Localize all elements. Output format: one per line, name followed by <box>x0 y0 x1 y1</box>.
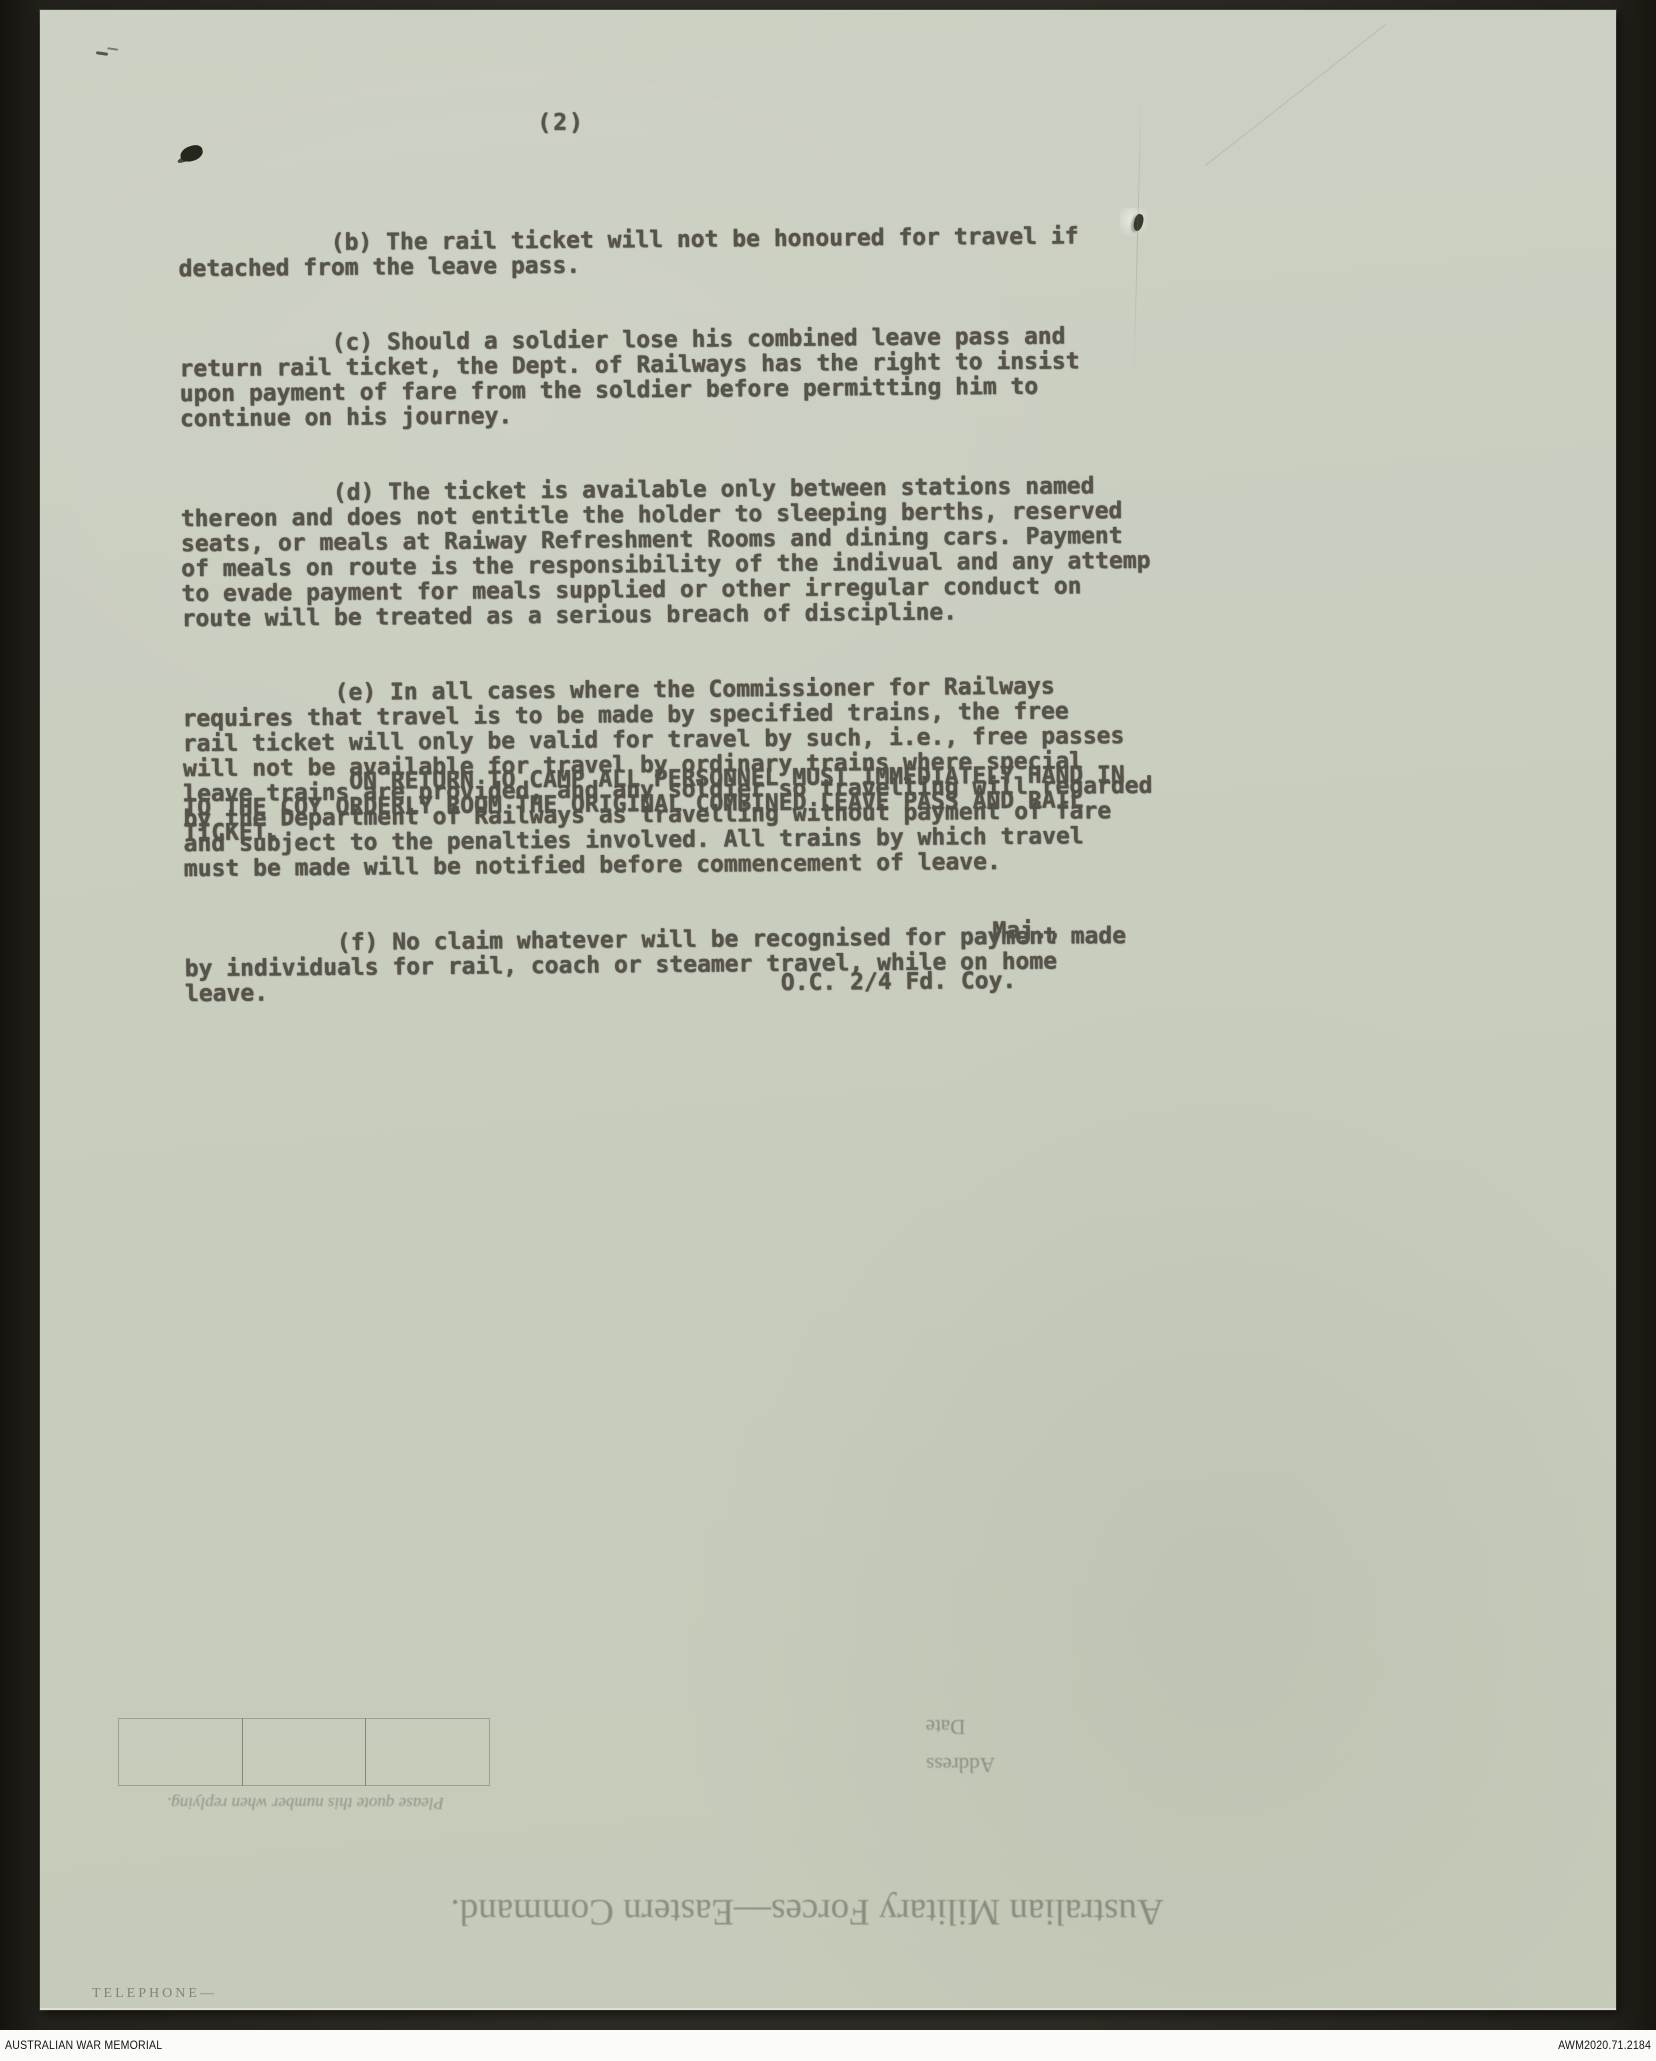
paragraph-c: (c) Should a soldier lose his combined l… <box>179 324 1149 432</box>
archive-name-label: AUSTRALIAN WAR MEMORIAL <box>5 2040 162 2052</box>
paragraph-b: (b) The rail ticket will not be honoured… <box>178 224 1148 282</box>
letterhead-date-label: Date <box>903 1714 988 1739</box>
reference-box-cell <box>118 1718 243 1786</box>
letterhead-telephone-label: TELEPHONE— <box>92 1986 217 2002</box>
signature-unit: O.C. 2/4 Fd. Coy. <box>781 969 1017 996</box>
letterhead-command-title: Australian Military Forces—Eastern Comma… <box>277 1890 1337 1933</box>
reference-box-cell <box>242 1718 367 1786</box>
page-number: (2) <box>537 111 585 136</box>
archive-footer: AUSTRALIAN WAR MEMORIAL AWM2020.71.2184 <box>0 2030 1656 2061</box>
paper-tear <box>1120 208 1150 238</box>
scan-background: (2) (b) The rail ticket will not be hono… <box>0 0 1656 2061</box>
reference-box-cell <box>365 1718 490 1786</box>
letterhead-address-label: Address <box>898 1752 1023 1777</box>
reference-number-box-grid <box>118 1718 490 1786</box>
signature-rank: Maj., <box>992 919 1061 945</box>
document-page: (2) (b) The rail ticket will not be hono… <box>40 10 1616 2010</box>
paragraph-d: (d) The ticket is available only between… <box>180 474 1151 632</box>
return-to-camp-notice: ON RETURN TO CAMP ALL PERSONNEL MUST IMM… <box>183 763 1125 846</box>
catalog-number-label: AWM2020.71.2184 <box>1558 2040 1651 2052</box>
letterhead-quote-note: Please quote this number when replying. <box>118 1793 493 1813</box>
typed-content: (2) (b) The rail ticket will not be hono… <box>36 2 1629 2014</box>
